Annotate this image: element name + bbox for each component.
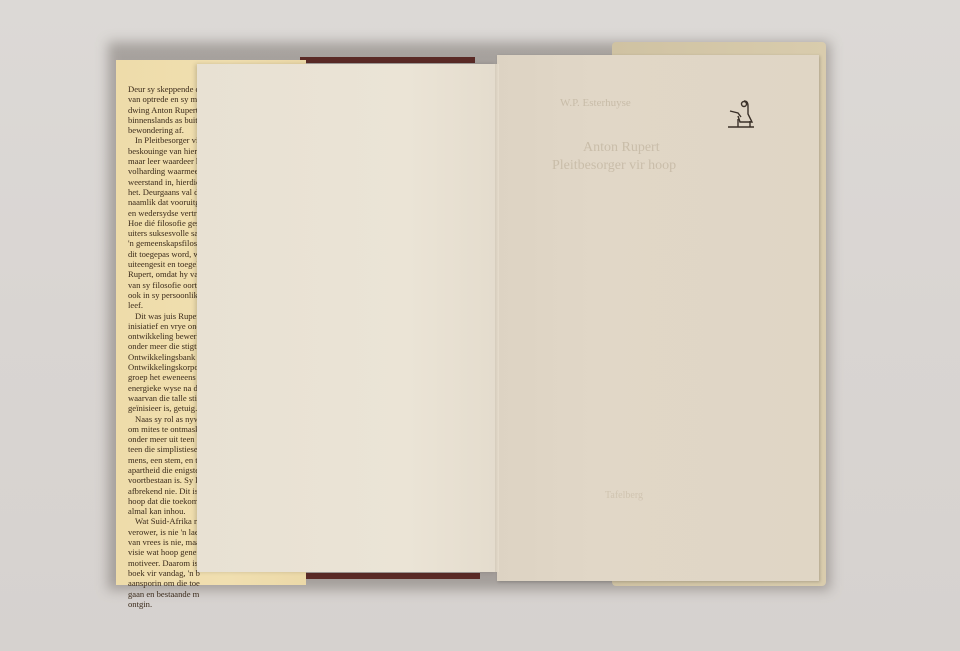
- flap-text-line: energieke wyse na die: [128, 383, 200, 393]
- flap-text-line: van sy filosofie oortui: [128, 280, 200, 290]
- flap-text-line: dit toegepas word, wo: [128, 249, 200, 259]
- flap-text-line: geïnisieer is, getuig.: [128, 403, 200, 413]
- title-page: [497, 55, 819, 581]
- flap-text-line: volharding waarmee h: [128, 166, 200, 176]
- title-page-publisher: Tafelberg: [605, 490, 643, 501]
- flap-text-line: voortbestaan is. Sy k: [128, 475, 200, 485]
- flap-text-line: binnenslands as buite: [128, 115, 200, 125]
- flap-text-line: Naas sy rol as nywe: [128, 414, 200, 424]
- title-page-title: Anton Rupert: [583, 140, 660, 156]
- flap-text-line: visie wat hoop genere: [128, 547, 200, 557]
- flap-text-line: verower, is nie 'n laer: [128, 527, 200, 537]
- flap-text-line: mens, een stem, en t: [128, 455, 200, 465]
- flap-text-line: onder meer die stigtin: [128, 341, 200, 351]
- flap-text-line: en wedersydse vertro: [128, 208, 200, 218]
- flap-text-line: motiveer. Daarom is: [128, 558, 200, 568]
- flap-text-line: Wat Suid-Afrika n: [128, 516, 200, 526]
- flap-text-line: hoop dat die toekoms: [128, 496, 200, 506]
- flap-text-line: teen die simplistiese i: [128, 444, 200, 454]
- flap-text-line: het. Deurgaans val di: [128, 187, 200, 197]
- flap-text-line: Deur sy skeppende d: [128, 84, 200, 94]
- flap-text-line: gaan en bestaande m: [128, 589, 200, 599]
- flap-text-line: maar leer waardeer hy: [128, 156, 200, 166]
- jacket-flap-text: Deur sy skeppende dvan optrede en sy mad…: [128, 84, 200, 609]
- flap-text-line: Ontwikkelingsbank (: [128, 352, 200, 362]
- flap-text-line: beskouinge van hierdi: [128, 146, 200, 156]
- flap-text-line: uiters suksesvolle sak: [128, 228, 200, 238]
- flap-text-line: aansporin om die toek: [128, 578, 200, 588]
- flap-text-line: van vrees is nie, maa: [128, 537, 200, 547]
- flap-text-line: onder meer uit teen o: [128, 434, 200, 444]
- flap-text-line: van optrede en sy ma: [128, 94, 200, 104]
- flap-text-line: boek vir vandag, 'n b: [128, 568, 200, 578]
- title-page-subtitle: Pleitbesorger vir hoop: [552, 158, 676, 174]
- flap-text-line: In Pleitbesorger vir h: [128, 135, 200, 145]
- flap-text-line: 'n gemeenskapsfilosof: [128, 238, 200, 248]
- title-page-author: W.P. Esterhuyse: [560, 97, 631, 109]
- publisher-logo-icon: [724, 97, 756, 133]
- flap-text-line: groep het eweneens s: [128, 372, 200, 382]
- flap-text-line: waarvan die talle stig: [128, 393, 200, 403]
- book-gutter: [495, 64, 499, 572]
- flap-text-line: dwing Anton Rupert: [128, 105, 200, 115]
- flap-text-line: Rupert, omdat hy va: [128, 269, 200, 279]
- cover-board-top-edge: [300, 57, 475, 63]
- flap-text-line: ontgin.: [128, 599, 200, 609]
- flap-text-line: ontwikkeling bewerk: [128, 331, 200, 341]
- flap-text-line: bewondering af.: [128, 125, 200, 135]
- flap-text-line: Ontwikkelingskorpor: [128, 362, 200, 372]
- flap-text-line: ook in sy persoonlike: [128, 290, 200, 300]
- flap-text-line: uiteengesit en toegeli: [128, 259, 200, 269]
- flap-text-line: leef.: [128, 300, 200, 310]
- flap-text-line: weerstand in, hierdie: [128, 177, 200, 187]
- flap-text-line: almal kan inhou.: [128, 506, 200, 516]
- flap-text-line: Dit was juis Rupert: [128, 311, 200, 321]
- cover-board-bottom-edge: [300, 573, 480, 579]
- flap-text-line: inisiatief en vrye onde: [128, 321, 200, 331]
- flap-text-line: apartheid die enigste: [128, 465, 200, 475]
- flap-text-line: naamlik dat vooruitga: [128, 197, 200, 207]
- left-endpaper-page: [197, 64, 497, 572]
- flap-text-line: om mites te ontmaske: [128, 424, 200, 434]
- flap-text-line: Hoe dié filosofie gesta: [128, 218, 200, 228]
- flap-text-line: afbrekend nie. Dit is: [128, 486, 200, 496]
